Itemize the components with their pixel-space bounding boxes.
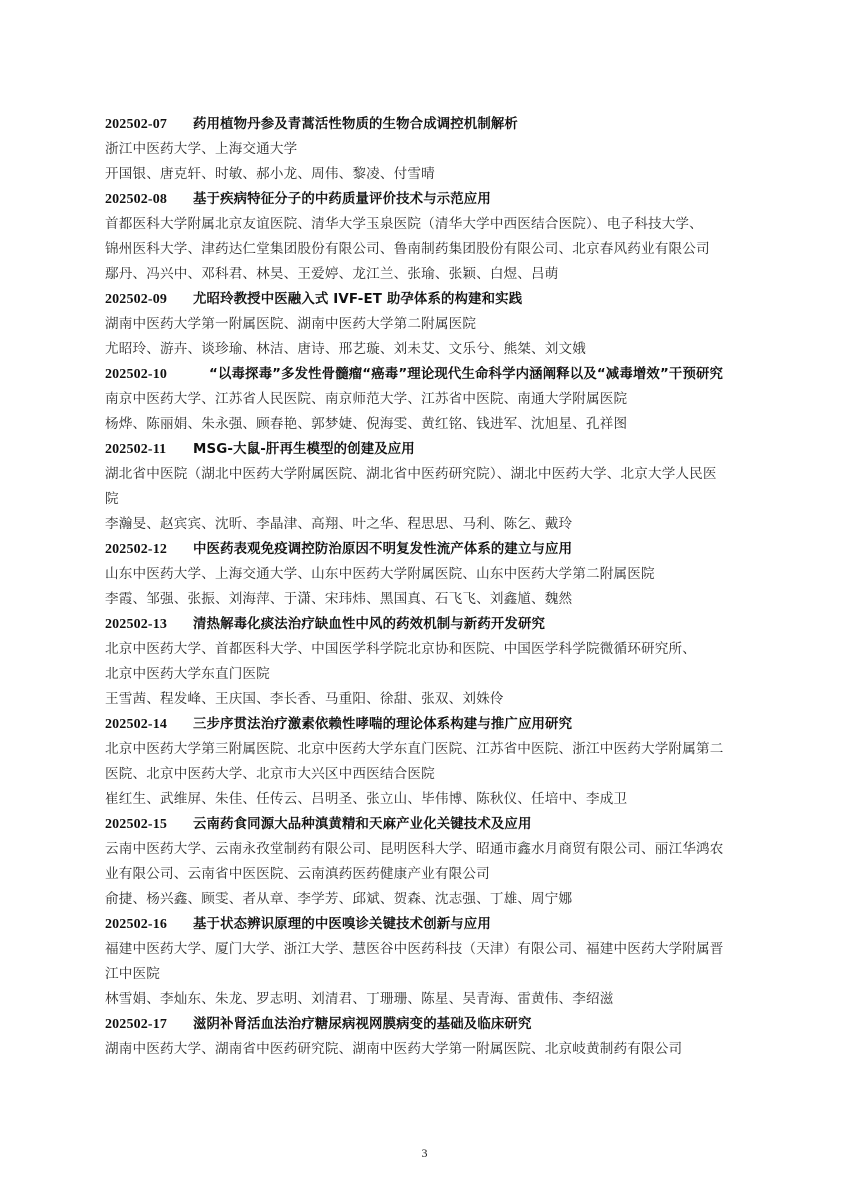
entry-code: 202502-15	[105, 812, 193, 837]
entry-title: 药用植物丹参及青蒿活性物质的生物合成调控机制解析	[193, 117, 518, 132]
entry-organizations: 江中医院	[105, 962, 735, 987]
award-entry: 202502-09尤昭玲教授中医融入式 IVF-ET 助孕体系的构建和实践 湖南…	[105, 287, 735, 362]
entry-people: 尤昭玲、游卉、谈珍瑜、林洁、唐诗、邢艺璇、刘未艾、文乐兮、熊桀、刘文娥	[105, 337, 735, 362]
entry-code: 202502-17	[105, 1012, 193, 1037]
entry-code: 202502-13	[105, 612, 193, 637]
entry-organizations: 首都医科大学附属北京友谊医院、清华大学玉泉医院（清华大学中西医结合医院）、电子科…	[105, 212, 735, 237]
entry-code: 202502-16	[105, 912, 193, 937]
entry-title-line: 202502-09尤昭玲教授中医融入式 IVF-ET 助孕体系的构建和实践	[105, 287, 735, 312]
award-entry: 202502-13清热解毒化痰法治疗缺血性中风的药效机制与新药开发研究 北京中医…	[105, 612, 735, 712]
document-page: 202502-07药用植物丹参及青蒿活性物质的生物合成调控机制解析 浙江中医药大…	[105, 112, 735, 1062]
entry-people: 李瀚旻、赵宾宾、沈昕、李晶津、高翔、叶之华、程思思、马利、陈乞、戴玲	[105, 512, 735, 537]
award-entry: 202502-17滋阴补肾活血法治疗糖尿病视网膜病变的基础及临床研究 湖南中医药…	[105, 1012, 735, 1062]
entry-people: 杨烨、陈丽娟、朱永强、顾春艳、郭梦婕、倪海雯、黄红铭、钱进军、沈旭星、孔祥图	[105, 412, 735, 437]
entry-title: 清热解毒化痰法治疗缺血性中风的药效机制与新药开发研究	[193, 617, 545, 632]
entry-title: 基于疾病特征分子的中药质量评价技术与示范应用	[193, 192, 491, 207]
entry-code: 202502-09	[105, 287, 193, 312]
entry-title-line: 202502-11MSG-大鼠-肝再生模型的创建及应用	[105, 437, 735, 462]
entry-people: 林雪娟、李灿东、朱龙、罗志明、刘清君、丁珊珊、陈星、吴青海、雷黄伟、李绍滋	[105, 987, 735, 1012]
entry-organizations: 业有限公司、云南省中医医院、云南滇药医药健康产业有限公司	[105, 862, 735, 887]
award-entry: 202502-16基于状态辨识原理的中医嗅诊关键技术创新与应用 福建中医药大学、…	[105, 912, 735, 1012]
entry-people: 崔红生、武维屏、朱佳、任传云、吕明圣、张立山、毕伟博、陈秋仪、任培中、李成卫	[105, 787, 735, 812]
entry-organizations: 医院、北京中医药大学、北京市大兴区中西医结合医院	[105, 762, 735, 787]
entry-code: 202502-14	[105, 712, 193, 737]
award-entry: 202502-10“以毒探毒”多发性骨髓瘤“癌毒”理论现代生命科学内涵阐释以及“…	[105, 362, 735, 437]
entry-title-line: 202502-07药用植物丹参及青蒿活性物质的生物合成调控机制解析	[105, 112, 735, 137]
entry-title: 尤昭玲教授中医融入式 IVF-ET 助孕体系的构建和实践	[193, 292, 522, 307]
award-entry: 202502-08基于疾病特征分子的中药质量评价技术与示范应用 首都医科大学附属…	[105, 187, 735, 287]
entry-title-line: 202502-17滋阴补肾活血法治疗糖尿病视网膜病变的基础及临床研究	[105, 1012, 735, 1037]
entry-people: 开国银、唐克轩、时敏、郝小龙、周伟、黎凌、付雪晴	[105, 162, 735, 187]
entry-title-line: 202502-10“以毒探毒”多发性骨髓瘤“癌毒”理论现代生命科学内涵阐释以及“…	[105, 362, 735, 387]
award-entry: 202502-07药用植物丹参及青蒿活性物质的生物合成调控机制解析 浙江中医药大…	[105, 112, 735, 187]
entry-title-line: 202502-14三步序贯法治疗激素依赖性哮喘的理论体系构建与推广应用研究	[105, 712, 735, 737]
entry-title: 云南药食同源大品种滇黄精和天麻产业化关键技术及应用	[193, 817, 532, 832]
entry-organizations: 南京中医药大学、江苏省人民医院、南京师范大学、江苏省中医院、南通大学附属医院	[105, 387, 735, 412]
entry-title: 三步序贯法治疗激素依赖性哮喘的理论体系构建与推广应用研究	[193, 717, 572, 732]
entry-title-line: 202502-13清热解毒化痰法治疗缺血性中风的药效机制与新药开发研究	[105, 612, 735, 637]
entry-people: 鄢丹、冯兴中、邓科君、林昊、王爱婷、龙江兰、张瑜、张颖、白煜、吕萌	[105, 262, 735, 287]
entry-people: 李霞、邹强、张振、刘海萍、于潇、宋玮炜、黑国真、石飞飞、刘鑫馗、魏然	[105, 587, 735, 612]
entry-title-line: 202502-08基于疾病特征分子的中药质量评价技术与示范应用	[105, 187, 735, 212]
entry-title: 基于状态辨识原理的中医嗅诊关键技术创新与应用	[193, 917, 491, 932]
award-entry: 202502-12中医药表观免疫调控防治原因不明复发性流产体系的建立与应用 山东…	[105, 537, 735, 612]
award-entry: 202502-14三步序贯法治疗激素依赖性哮喘的理论体系构建与推广应用研究 北京…	[105, 712, 735, 812]
entry-organizations: 北京中医药大学东直门医院	[105, 662, 735, 687]
entry-title-line: 202502-15云南药食同源大品种滇黄精和天麻产业化关键技术及应用	[105, 812, 735, 837]
entry-organizations: 北京中医药大学第三附属医院、北京中医药大学东直门医院、江苏省中医院、浙江中医药大…	[105, 737, 735, 762]
entry-people: 王雪茜、程发峰、王庆国、李长香、马重阳、徐甜、张双、刘姝伶	[105, 687, 735, 712]
entry-code: 202502-11	[105, 437, 193, 462]
entry-code: 202502-10	[105, 362, 209, 387]
entry-organizations: 山东中医药大学、上海交通大学、山东中医药大学附属医院、山东中医药大学第二附属医院	[105, 562, 735, 587]
entry-organizations: 湖南中医药大学、湖南省中医药研究院、湖南中医药大学第一附属医院、北京岐黄制药有限…	[105, 1037, 735, 1062]
page-number: 3	[0, 1146, 849, 1161]
entry-title: “以毒探毒”多发性骨髓瘤“癌毒”理论现代生命科学内涵阐释以及“减毒增效”干预研究	[209, 367, 723, 382]
entry-title: 中医药表观免疫调控防治原因不明复发性流产体系的建立与应用	[193, 542, 572, 557]
entry-title: 滋阴补肾活血法治疗糖尿病视网膜病变的基础及临床研究	[193, 1017, 532, 1032]
entry-code: 202502-07	[105, 112, 193, 137]
entry-organizations: 锦州医科大学、津药达仁堂集团股份有限公司、鲁南制药集团股份有限公司、北京春风药业…	[105, 237, 735, 262]
entry-organizations: 北京中医药大学、首都医科大学、中国医学科学院北京协和医院、中国医学科学院微循环研…	[105, 637, 735, 662]
entry-title-line: 202502-16基于状态辨识原理的中医嗅诊关键技术创新与应用	[105, 912, 735, 937]
entry-code: 202502-08	[105, 187, 193, 212]
entry-organizations: 湖北省中医院（湖北中医药大学附属医院、湖北省中医药研究院）、湖北中医药大学、北京…	[105, 462, 735, 487]
award-entry: 202502-11MSG-大鼠-肝再生模型的创建及应用 湖北省中医院（湖北中医药…	[105, 437, 735, 537]
entry-organizations: 湖南中医药大学第一附属医院、湖南中医药大学第二附属医院	[105, 312, 735, 337]
entry-organizations: 云南中医药大学、云南永孜堂制药有限公司、昆明医科大学、昭通市鑫水月商贸有限公司、…	[105, 837, 735, 862]
entry-organizations: 浙江中医药大学、上海交通大学	[105, 137, 735, 162]
award-entry: 202502-15云南药食同源大品种滇黄精和天麻产业化关键技术及应用 云南中医药…	[105, 812, 735, 912]
entry-title-line: 202502-12中医药表观免疫调控防治原因不明复发性流产体系的建立与应用	[105, 537, 735, 562]
entry-code: 202502-12	[105, 537, 193, 562]
entry-people: 俞捷、杨兴鑫、顾雯、者从章、李学芳、邱斌、贺森、沈志强、丁雄、周宁娜	[105, 887, 735, 912]
entry-organizations: 院	[105, 487, 735, 512]
entry-title: MSG-大鼠-肝再生模型的创建及应用	[193, 442, 415, 457]
entry-organizations: 福建中医药大学、厦门大学、浙江大学、慧医谷中医药科技（天津）有限公司、福建中医药…	[105, 937, 735, 962]
